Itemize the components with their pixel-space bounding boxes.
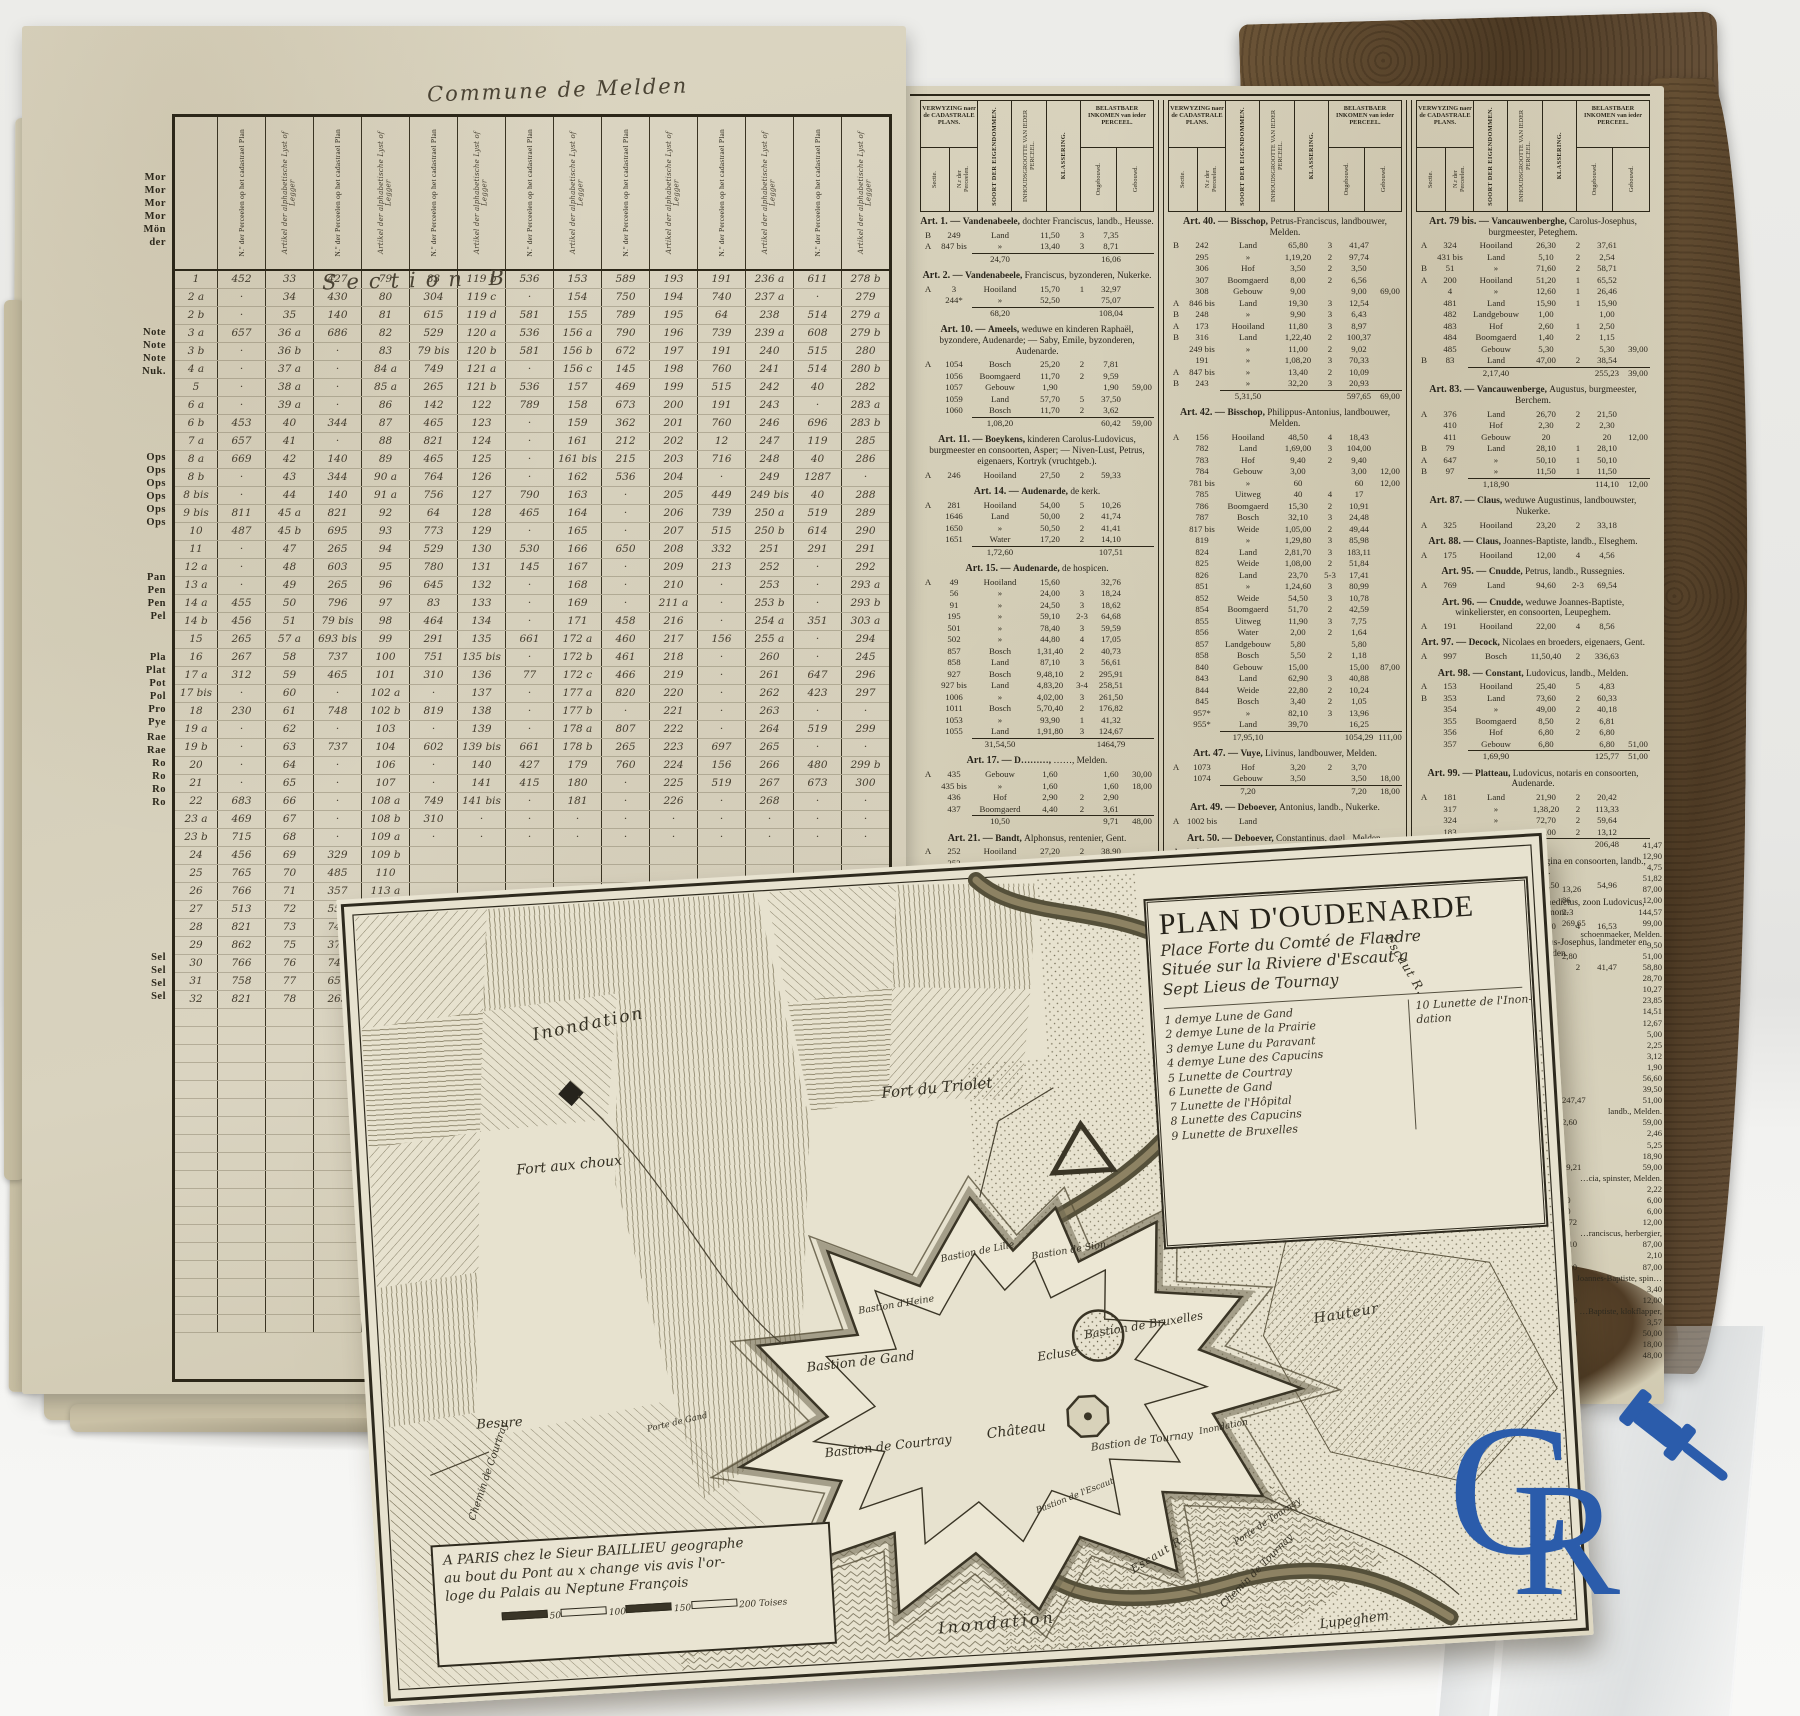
value-cell	[554, 865, 602, 882]
empty-cell	[175, 1225, 218, 1242]
value-cell	[602, 847, 650, 864]
article-cell	[1378, 321, 1402, 333]
value-cell: ·	[698, 793, 746, 810]
article-cell	[1130, 646, 1154, 658]
value-cell: 245	[842, 649, 889, 666]
article-cell	[1568, 309, 1588, 321]
empty-cell	[175, 1279, 218, 1296]
article-number: Art. 87. —	[1430, 495, 1478, 506]
empty-cell	[218, 1207, 266, 1224]
article-cell: A	[1416, 550, 1432, 562]
article-cell: 2,81,70	[1276, 547, 1320, 559]
article-cell: 2	[1320, 455, 1340, 467]
article-row: A49Hooiland15,6032,76	[920, 577, 1154, 589]
table-row: 19 b·63737104602139 bis661178 b265223697…	[175, 739, 889, 757]
table-row: 1452334277983119 b536153589193191236 a61…	[175, 271, 889, 289]
article-name: Deboever,	[1235, 834, 1276, 844]
edge-strip-line: 29,2159,00	[1562, 1162, 1662, 1173]
article-cell	[1130, 511, 1154, 523]
article-cell: 783	[1184, 455, 1220, 467]
value-cell: 141 bis	[458, 793, 506, 810]
total-gebouwd	[1130, 308, 1154, 320]
verwyzing-header: VERWYZING naer de CADASTRALE PLANS.Secti…	[1417, 101, 1474, 211]
edge-strip-line: 56,60	[1562, 1073, 1662, 1084]
article-cell	[1378, 252, 1402, 264]
article-cell: 2	[1320, 263, 1340, 275]
article-cell: 1,38,20	[1524, 804, 1568, 816]
article-cell: »	[1220, 309, 1276, 321]
register-article: Art. 79 bis. — Vancauwenberghe, Carolus-…	[1416, 216, 1650, 379]
value-cell: ·	[794, 739, 842, 756]
value-cell: 140	[314, 307, 362, 324]
value-cell: 67	[266, 811, 314, 828]
article-cell: 18,00	[1378, 773, 1402, 785]
article-totals: 10,509,7148,00	[972, 815, 1154, 828]
article-row: 501»78,40359,59	[920, 623, 1154, 635]
value-cell: ·	[794, 577, 842, 594]
article-row: 244*»52,5075,07	[920, 295, 1154, 307]
table-row: 23 b71568·109 a··········	[175, 829, 889, 847]
article-cell: »	[972, 588, 1028, 600]
verwyzing-header: VERWYZING naer de CADASTRALE PLANS.Secti…	[1169, 101, 1226, 211]
article-name: Ameels,	[988, 325, 1022, 335]
article-cell	[1130, 295, 1154, 307]
value-cell: 159	[554, 415, 602, 432]
margin-fragment-line: Ro	[88, 757, 166, 770]
value-cell: 291	[842, 541, 889, 558]
margin-fragment-group: NoteNoteNoteNuk.	[88, 326, 166, 378]
article-cell: 12,54	[1340, 298, 1378, 310]
article-cell: 4	[1320, 489, 1340, 501]
value-cell: 92	[362, 505, 410, 522]
article-cell: Land	[1468, 409, 1524, 421]
value-cell: 163	[554, 487, 602, 504]
value-cell: 135 bis	[458, 649, 506, 666]
value-cell: 748	[314, 703, 362, 720]
article-cell: 10,26	[1092, 500, 1130, 512]
article-cell: 786	[1184, 501, 1220, 513]
value-cell: 683	[218, 793, 266, 810]
article-cell: 785	[1184, 489, 1220, 501]
article-cell: 858	[1184, 650, 1220, 662]
article-totals: 5,31,50597,6569,00	[1220, 390, 1402, 403]
edge-strip-line: 3,12	[1562, 1051, 1662, 1062]
article-cell: 483	[1432, 321, 1468, 333]
value-cell: 83	[362, 343, 410, 360]
edge-strip-line: 269,6599,00	[1562, 918, 1662, 929]
article-totals: 1,69,90125,7751,00	[1468, 750, 1650, 763]
value-cell: 529	[410, 325, 458, 342]
edge-strip-line: …cia, spinster, Melden.	[1562, 1173, 1662, 1184]
chateau-keep	[1067, 1395, 1109, 1437]
article-info: Petrus-Franciscus, landbouwer, Melden.	[1270, 217, 1387, 238]
article-cell	[1378, 639, 1402, 651]
written-column-header: Artikel der alphabetische Lyst of Legger	[650, 117, 698, 269]
article-cell: 12,60	[1524, 286, 1568, 298]
article-cell: 21,90	[1524, 792, 1568, 804]
register-article: Art. 98. — Constant, Ludovicus, landb., …	[1416, 668, 1650, 763]
article-cell: 59,10	[1028, 611, 1072, 623]
value-cell: ·	[506, 451, 554, 468]
value-cell: 452	[218, 271, 266, 288]
value-cell: 134	[458, 613, 506, 630]
row-number-cell: 17 a	[175, 667, 218, 684]
article-cell: 957*	[1184, 708, 1220, 720]
article-cell: 15,60	[1028, 577, 1072, 589]
article-info: dochter Franciscus, landb., Heusse.	[1022, 217, 1153, 227]
article-cell	[1130, 692, 1154, 704]
value-cell: 252	[746, 559, 794, 576]
margin-fragment-line: Note	[88, 326, 166, 339]
value-cell: 40	[794, 487, 842, 504]
value-cell: 611	[794, 271, 842, 288]
value-cell: 515	[794, 343, 842, 360]
article-cell: Boomgaerd	[1220, 275, 1276, 287]
article-cell: Hooiland	[1220, 321, 1276, 333]
edge-strip-line: 3,1087,00	[1562, 1239, 1662, 1250]
article-row: 817 bisWeide1,05,00249,44	[1168, 524, 1402, 536]
article-row: A325Hooiland23,20233,18	[1416, 520, 1650, 532]
edge-strip-line: 18,90	[1562, 1151, 1662, 1162]
article-cell: 858	[936, 657, 972, 669]
article-row: 1011Bosch5,70,402176,82	[920, 703, 1154, 715]
article-cell: 2-3	[1072, 611, 1092, 623]
value-cell: ·	[554, 829, 602, 846]
article-cell: 44,80	[1028, 634, 1072, 646]
empty-cell	[175, 1243, 218, 1260]
article-cell	[1168, 512, 1184, 524]
article-heading: Art. 79 bis. — Vancauwenberghe, Carolus-…	[1416, 216, 1650, 238]
article-cell	[920, 600, 936, 612]
empty-cell	[314, 1279, 362, 1296]
value-cell: 789	[506, 397, 554, 414]
article-cell: 8,56	[1588, 621, 1626, 633]
article-cell: 12,00	[1626, 432, 1650, 444]
value-cell: 673	[602, 397, 650, 414]
article-cell: 3	[1072, 588, 1092, 600]
value-cell: 242	[746, 379, 794, 396]
article-cell: Land	[1468, 693, 1524, 705]
perceelen-header: N.r der Perceelen.	[950, 148, 978, 211]
value-cell: 279 b	[842, 325, 889, 342]
perceelen-header: N.r der Perceelen.	[1198, 148, 1226, 211]
value-cell: ·	[410, 829, 458, 846]
article-cell: 784	[1184, 466, 1220, 478]
article-cell: 49,00	[1524, 704, 1568, 716]
article-cell	[1130, 371, 1154, 383]
article-cell: »	[1220, 252, 1276, 264]
article-cell: 3,61	[1092, 804, 1130, 816]
article-cell: Land	[1468, 298, 1524, 310]
article-cell: Land	[1468, 252, 1524, 264]
article-cell: »	[1468, 455, 1524, 467]
value-cell: ·	[506, 523, 554, 540]
value-cell: 219	[650, 667, 698, 684]
edge-strip-line: …ranciscus, herbergier,	[1562, 1228, 1662, 1239]
article-cell	[1378, 524, 1402, 536]
row-number-cell: 8 bis	[175, 487, 218, 504]
article-cell: 1	[1568, 443, 1588, 455]
article-cell: 32,10	[1276, 512, 1320, 524]
value-cell: 205	[650, 487, 698, 504]
value-cell: 161	[554, 433, 602, 450]
article-cell	[1378, 240, 1402, 252]
row-number-cell: 18	[175, 703, 218, 720]
value-cell: 79 bis	[314, 613, 362, 630]
article-cell: 846 bis	[1184, 298, 1220, 310]
empty-cell	[314, 1297, 362, 1314]
article-cell	[1378, 558, 1402, 570]
value-cell: 172 c	[554, 667, 602, 684]
register-article: Art. 17. — D………, ……, Melden.A435Gebouw1,…	[920, 755, 1154, 827]
article-cell: »	[1220, 581, 1276, 593]
article-cell: A	[1168, 816, 1184, 828]
value-cell: 657	[218, 433, 266, 450]
empty-cell	[266, 1243, 314, 1260]
empty-cell	[175, 1063, 218, 1080]
article-cell	[1130, 715, 1154, 727]
value-cell: 191	[698, 271, 746, 288]
value-cell: 423	[794, 685, 842, 702]
article-cell: 4	[1320, 432, 1340, 444]
article-cell: 3	[1072, 230, 1092, 242]
article-cell: 51,20	[1524, 275, 1568, 287]
empty-cell	[175, 1207, 218, 1224]
article-cell: 195	[936, 611, 972, 623]
article-cell: 38,54	[1588, 355, 1626, 367]
total-gebouwd: 51,00	[1626, 751, 1650, 763]
article-cell	[1130, 284, 1154, 296]
article-row: A173Hooiland11,8038,97	[1168, 321, 1402, 333]
article-cell: 3	[1320, 240, 1340, 252]
value-cell: 145	[506, 559, 554, 576]
article-cell: 124,67	[1092, 726, 1130, 738]
value-cell: 168	[554, 577, 602, 594]
value-cell: 290	[842, 523, 889, 540]
article-totals: 2,17,40255,2339,00	[1468, 367, 1650, 380]
value-cell: ·	[314, 379, 362, 396]
value-cell: ·	[794, 829, 842, 846]
article-cell: 191	[1184, 355, 1220, 367]
row-number-cell: 8 b	[175, 469, 218, 486]
stippled-ground-top	[1036, 873, 1146, 1059]
row-number-cell: 8 a	[175, 451, 218, 468]
article-cell: Weide	[1220, 524, 1276, 536]
legend-column-right: 10 Lunette de l'Inon-dation	[1409, 993, 1531, 1130]
article-cell: 3	[1320, 673, 1340, 685]
value-cell: ·	[218, 361, 266, 378]
article-cell: 9,02	[1340, 344, 1378, 356]
article-cell: 4,02,00	[1028, 692, 1072, 704]
edge-strip-line: Joannes-Baptiste, spin…	[1562, 1273, 1662, 1284]
article-cell: 1057	[936, 382, 972, 394]
article-row: A769Land94,602-369,54	[1416, 580, 1650, 592]
value-cell: 213	[698, 559, 746, 576]
article-cell: 52,50	[1028, 295, 1072, 307]
value-cell: 119 c	[458, 289, 506, 306]
article-cell: 69,54	[1588, 580, 1626, 592]
value-cell: 157	[554, 379, 602, 396]
article-row: A281Hooiland54,00510,26	[920, 500, 1154, 512]
article-cell: 2,50	[1588, 321, 1626, 333]
article-cell: 73,60	[1524, 693, 1568, 705]
article-cell	[1130, 623, 1154, 635]
article-cell: 13,96	[1340, 708, 1378, 720]
row-number-cell: 32	[175, 991, 218, 1008]
value-cell: ·	[794, 289, 842, 306]
article-row: 1053»93,90141,32	[920, 715, 1154, 727]
register-article: Art. 42. — Bisschop, Philippus-Antonius,…	[1168, 407, 1402, 743]
article-cell: Hooiland	[972, 846, 1028, 858]
article-cell: 8,00	[1276, 275, 1320, 287]
value-cell: ·	[506, 289, 554, 306]
value-cell: 209	[650, 559, 698, 576]
article-cell	[1168, 524, 1184, 536]
article-name: Cnudde,	[1489, 567, 1525, 577]
value-cell: ·	[698, 685, 746, 702]
article-cell: 50,10	[1524, 455, 1568, 467]
edge-strip-line: 9,50	[1562, 940, 1662, 951]
article-cell: 9,00	[1276, 286, 1320, 298]
value-cell: ·	[506, 685, 554, 702]
inhoud-header: INHOUDSGROOTTE VAN IEDER PERCEEL.	[1260, 101, 1294, 211]
article-cell: 2	[1072, 523, 1092, 535]
article-cell: Gebouw	[1220, 773, 1276, 785]
article-number: Art. 2. —	[923, 270, 966, 281]
article-cell: 2	[1320, 367, 1340, 379]
value-cell: ·	[218, 559, 266, 576]
article-heading: Art. 2. — Vandenabeele, Franciscus, byzo…	[920, 270, 1154, 282]
article-cell: 1060	[936, 405, 972, 417]
edge-strip-line: 2,6059,00	[1562, 1117, 1662, 1128]
value-cell: ·	[410, 775, 458, 792]
article-row: 1060Bosch11,7023,62	[920, 405, 1154, 417]
written-column-header: Artikel der alphabetische Lyst of Legger	[554, 117, 602, 269]
value-cell	[698, 847, 746, 864]
value-cell: 243	[746, 397, 794, 414]
article-cell: Hooiland	[972, 284, 1028, 296]
row-number-cell: 4 a	[175, 361, 218, 378]
value-cell	[458, 847, 506, 864]
scale-segment	[626, 1602, 672, 1613]
article-cell	[1072, 577, 1092, 589]
value-cell: 121 a	[458, 361, 506, 378]
article-row: A1054Bosch25,2027,81	[920, 359, 1154, 371]
article-cell: 12,00	[1378, 466, 1402, 478]
article-cell: Land	[972, 657, 1028, 669]
value-cell: 469	[218, 811, 266, 828]
empty-cell	[175, 1081, 218, 1098]
article-cell: 437	[936, 804, 972, 816]
edge-strip-line: 12,67	[1562, 1018, 1662, 1029]
article-cell	[1072, 295, 1092, 307]
table-row: 17 a3125946510131013677172 c466219·26164…	[175, 667, 889, 685]
value-cell: 749	[410, 793, 458, 810]
article-cell: 2	[1568, 240, 1588, 252]
value-cell: ·	[314, 829, 362, 846]
value-cell: 206	[650, 505, 698, 522]
value-cell: 36 b	[266, 343, 314, 360]
article-cell	[1130, 792, 1154, 804]
value-cell: 303 a	[842, 613, 889, 630]
article-cell: 5	[1568, 681, 1588, 693]
article-info: Franciscus, byzonderen, Nukerke.	[1025, 271, 1152, 281]
article-row: 782Land1,69,003104,00	[1168, 443, 1402, 455]
article-cell: B	[920, 230, 936, 242]
value-cell: ·	[746, 829, 794, 846]
article-cell: 56	[936, 588, 972, 600]
article-cell: 6,80	[1524, 727, 1568, 739]
article-cell: 94,60	[1524, 580, 1568, 592]
edge-strip-line: 51,82	[1562, 873, 1662, 884]
article-cell	[1378, 816, 1402, 828]
value-cell: 351	[794, 613, 842, 630]
article-cell: 354	[1432, 704, 1468, 716]
article-row: B83Land47,00238,54	[1416, 355, 1650, 367]
article-cell: 79	[1432, 443, 1468, 455]
value-cell: 139 bis	[458, 739, 506, 756]
empty-cell	[266, 1225, 314, 1242]
margin-fragment-line: Ops	[88, 451, 166, 464]
article-row: 4»12,60126,46	[1416, 286, 1650, 298]
value-cell: 142	[410, 397, 458, 414]
article-cell	[1130, 680, 1154, 692]
value-cell: 250 b	[746, 523, 794, 540]
article-cell: 50,10	[1588, 455, 1626, 467]
article-cell: 482	[1432, 309, 1468, 321]
article-cell: 65,80	[1276, 240, 1320, 252]
value-cell: 91 a	[362, 487, 410, 504]
article-row: 436Hof2,9022,90	[920, 792, 1154, 804]
article-cell: 325	[1432, 520, 1468, 532]
article-cell	[1378, 673, 1402, 685]
article-cell: 3	[1320, 616, 1340, 628]
article-cell: 481	[1432, 298, 1468, 310]
article-cell	[1416, 309, 1432, 321]
value-cell: 291	[410, 631, 458, 648]
article-cell: »	[1220, 535, 1276, 547]
value-cell: 760	[602, 757, 650, 774]
article-cell: 28,10	[1524, 443, 1568, 455]
article-cell: »	[972, 600, 1028, 612]
table-row: 14 a455507969783133·169·211 a·253 b·293 …	[175, 595, 889, 613]
value-cell: 669	[218, 451, 266, 468]
value-cell: 109 a	[362, 829, 410, 846]
article-row: 1059Land57,70537,50	[920, 394, 1154, 406]
value-cell: 197	[650, 343, 698, 360]
article-heading: Art. 95. — Cnudde, Petrus, landb., Russe…	[1416, 566, 1650, 578]
article-cell: 1651	[936, 534, 972, 546]
page-title-handwritten: Commune de Melden	[427, 73, 689, 106]
belastbaer-header: BELASTBAER INKOMEN van ieder PERCEEL.Ong…	[1329, 101, 1401, 211]
article-cell: 1006	[936, 692, 972, 704]
article-cell: 3	[1072, 600, 1092, 612]
edge-strip-line: 10,27	[1562, 984, 1662, 995]
empty-cell	[266, 1189, 314, 1206]
value-cell: 128	[458, 505, 506, 522]
value-cell: 73	[266, 919, 314, 936]
article-cell: »	[972, 623, 1028, 635]
article-cell	[1416, 804, 1432, 816]
article-row: B79Land28,10128,10	[1416, 443, 1650, 455]
article-cell	[920, 646, 936, 658]
value-cell: ·	[506, 613, 554, 630]
table-row: 12 a·4860395780131145167·209213252·292	[175, 559, 889, 577]
inhoud-header: INHOUDSGROOTTE VAN IEDER PERCEEL.	[1012, 101, 1046, 211]
value-cell: 65	[266, 775, 314, 792]
row-number-cell: 19 b	[175, 739, 218, 756]
article-cell	[1416, 716, 1432, 728]
